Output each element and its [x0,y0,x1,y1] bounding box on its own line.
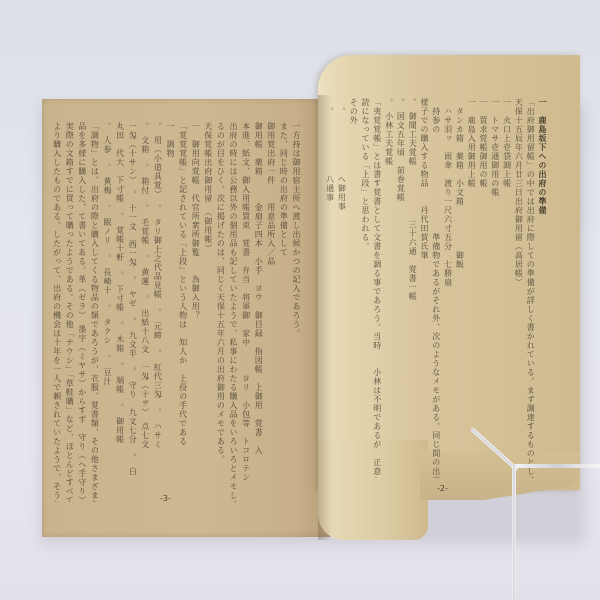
text-column: るのが目をひく。次に掲げたのは、同じく天保十五年六月の出府御用のメモである。 [216,122,225,464]
text-column: 。 国文五年頃 前巻覚帳 [396,98,405,202]
text-column: 一 火口上壱袋調上帳 [503,98,512,188]
text-column: ハサ羽ッ 雨傘 渡り一尺六寸五分 七勝扇 [444,98,453,287]
text-column: 本進、紙文、御入用帳買束 覚書 弁当 将軍御 家中 ヨリ 小包等 トコロテン [242,122,251,482]
text-column: 持参の 準備物であるがそれ外、次のようなメモがある。同じ間の出府の前 [432,98,441,478]
text-column: 品を多様に購入した、て書いてある。革（ゼラ） 墨字（ミヤサ）からすず 守り（ヘ手… [78,122,87,502]
text-column: 御用帳 薬箱 金扇子四本 小手 ヨウ 御目録 指図帳 上御用 覚書 入 [254,122,263,455]
text-column: 。 人参 。 黄梅 。 眠ノリ 。 長崎十 。 タクシ 。 豆汁 [103,122,112,386]
text-column: 天保覚帳出府御用留 （御用帳） [204,122,213,253]
text-column: 天保十五辰年六月廿三日出府御用留（高居帳） [514,98,523,287]
text-column: 「夷覚覚帳」とは書す覚書として文書を調る事であろう。当時 小林は不明であるが 正… [373,98,382,478]
text-column: 。 用（小道具覚） 。 タリ御上之代品見帳 。 元締 。 紅代三匁 。 ハサミ [153,122,162,449]
text-column: また、同じ時の出府の準備として [279,122,288,257]
photo-scene: 一方持は御用宿主所へ渡し出候かつの記入であろう。また、同じ時の出府の準備として御… [0,0,600,600]
text-column: タンカ箱 薬箱 小文箱 御飯 [455,98,464,269]
text-column: より購入したものである。したがって、出府の機会は十年を一人で頼されていたようで、… [53,122,62,502]
text-column: 。 八通事 [326,98,335,202]
text-column: 一方持は御用宿主所へ渡し出候かつの記入であろう。 [292,122,301,338]
text-column: 一 御用向覚帳 代官所衆所御覧 為御入用？ [191,122,200,320]
text-column: 丸田 代大 下寸帳 。 覚帳十軒 。 下寸帳 。 木箱 。 端帳 。 御用帳 [116,122,125,444]
text-column: 一 鹿島入用御用上帳 [467,98,476,188]
wire-stand-bar [514,464,600,468]
wire-stand-leg [512,464,516,600]
text-column: 「覚覚覚帳」と記されている「上段」という人物は 知人か 上役の手代である [179,122,188,446]
text-column: 「出府御用留帳」の中では出府に際しての準備が詳しく書かれている。まず調達するもの… [526,98,535,478]
text-column: 。 小林工夫覚帳 [385,98,394,166]
text-column: 。 文箱 。 箱付 。 毛覚帳 。 黄蓮 。 出紙十八文 一匁（十ヲ） 点七文 [141,122,150,449]
text-column: その外 [349,98,358,125]
text-column: 。 へ御用事 [337,98,346,211]
text-column: 一 鹿島坂下への出府の準備 [538,98,547,215]
text-column: 出府の時には公務以外の個用品も記していたようで、私事にわたる購入品をいろいろとメ… [229,122,238,502]
text-column: 一 買求覚帳御用の帳 [479,98,488,188]
text-column: 読になっている「上段」と思われる。 [361,98,370,251]
left-page-number: -3- [160,494,171,503]
right-page-number: -2- [437,484,448,493]
text-column: 一匁（十サン） 。 十一文 西一匁 。 ヤゼ 。 九文半 。 守り 九文七分 。… [128,122,137,476]
text-column: 御用覚出府一件 用意品所入／品 [267,122,276,266]
text-column: 様子での購入する物品 丹代田賀氏筆 [420,98,429,260]
text-column: 「調物」とは、出府の際と購入してくる物品の類であろうが、衣服、覚書類、その他さま… [90,122,99,502]
text-column: 一 調物 [166,122,175,158]
text-column: 。 御聞工夫覚帳 三十六通 覚書一帳 [408,98,417,301]
text-column: 一 トマサ壱通御用の帳 [491,98,500,197]
text-column: 実際の文箱すでに買って購ったようである。その他「ナウシ」「草鞋購」など、ほとんど… [65,122,74,502]
